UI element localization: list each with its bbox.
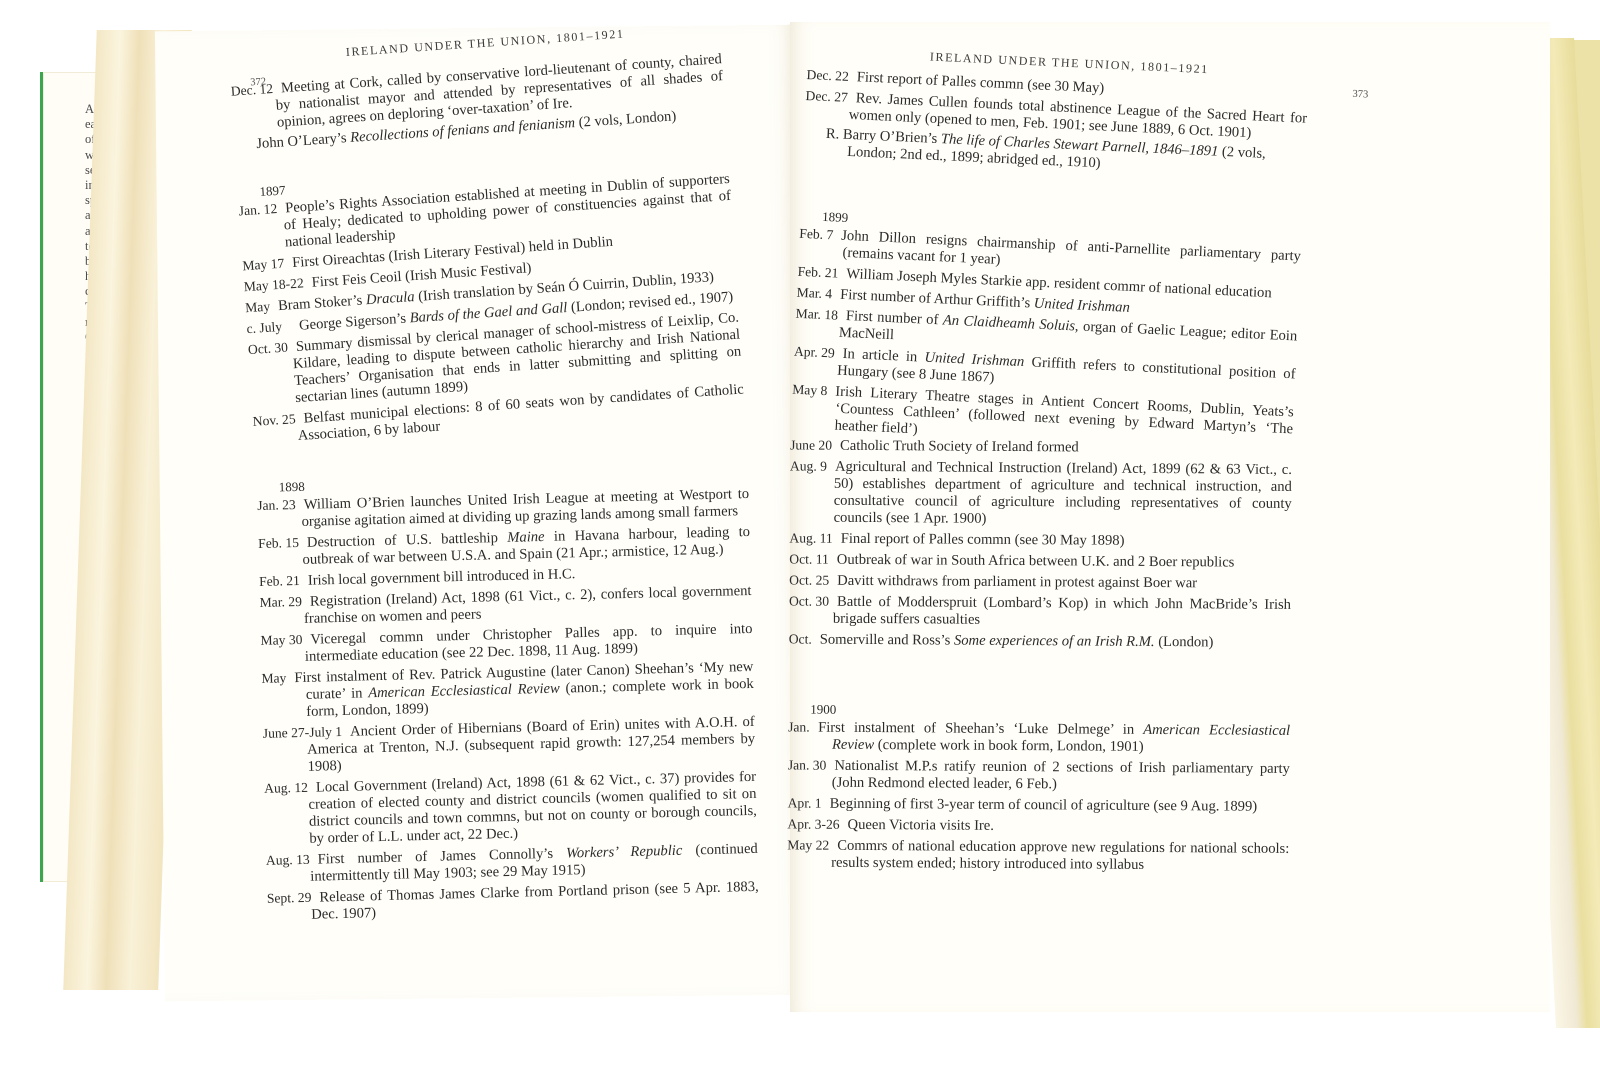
chronology-entry: Aug. 9Agricultural and Technical Instruc… bbox=[812, 458, 1292, 530]
chronology-entry: Oct.Somerville and Ross’s Some experienc… bbox=[811, 631, 1291, 652]
chronology-entry: Apr. 3-26Queen Victoria visits Ire. bbox=[809, 816, 1289, 837]
chronology-entry: Apr. 1Beginning of first 3-year term of … bbox=[810, 795, 1290, 816]
chronology-entry: Aug. 11Final report of Palles commn (see… bbox=[811, 530, 1291, 551]
chronology-entry: May 22Commrs of national education appro… bbox=[809, 837, 1289, 875]
chronology-entry: Jan. 30Nationalist M.P.s ratify reunion … bbox=[810, 757, 1290, 795]
chronology-entry: MayFirst instalment of Rev. Patrick Augu… bbox=[283, 658, 754, 721]
chronology-entry: June 20Catholic Truth Society of Ireland… bbox=[812, 437, 1292, 458]
right-page: IRELAND UNDER THE UNION, 1801–1921 373 D… bbox=[790, 22, 1550, 1012]
page-number-right: 373 bbox=[1352, 86, 1369, 104]
chronology-entry: Oct. 30Battle of Modderspruit (Lombard’s… bbox=[811, 593, 1291, 631]
chronology-entry: Oct. 11Outbreak of war in South Africa b… bbox=[811, 551, 1291, 572]
chronology-entry: Jan.First instalment of Sheehan’s ‘Luke … bbox=[810, 719, 1290, 757]
left-page-content: IRELAND UNDER THE UNION, 1801–1921 372 D… bbox=[250, 19, 777, 926]
left-page: IRELAND UNDER THE UNION, 1801–1921 372 D… bbox=[155, 25, 805, 1002]
year-heading-1900: 1900 bbox=[810, 701, 1290, 721]
page-number-left: 372 bbox=[250, 73, 267, 91]
right-page-content: IRELAND UNDER THE UNION, 1801–1921 373 D… bbox=[792, 44, 1309, 896]
chronology-entry: Aug. 12Local Government (Ireland) Act, 1… bbox=[286, 768, 758, 848]
chronology-entry: June 27-July 1Ancient Order of Hibernian… bbox=[285, 713, 756, 776]
chronology-entry: Oct. 25Davitt withdraws from parliament … bbox=[811, 572, 1291, 593]
chronology-entry: Sept. 29Release of Thomas James Clarke f… bbox=[289, 878, 760, 924]
